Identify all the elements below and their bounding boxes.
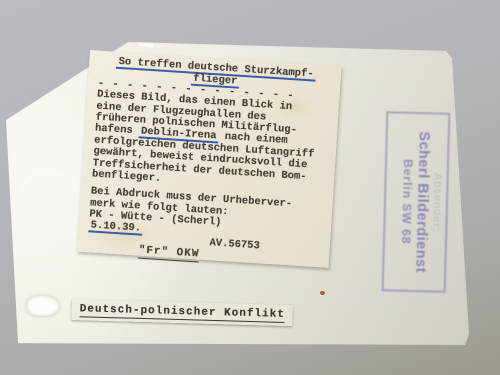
photo-back-scene: So treffen deutsche Sturzkampf- flieger … bbox=[0, 0, 500, 375]
glue-remnant bbox=[208, 35, 220, 42]
rust-speck bbox=[320, 291, 325, 295]
caption-sheet: So treffen deutsche Sturzkampf- flieger … bbox=[77, 50, 342, 268]
date-stamp: 5.10.39. bbox=[88, 221, 143, 236]
paper-scuff-damage bbox=[27, 296, 59, 316]
glue-remnant bbox=[138, 39, 155, 48]
subject-label-text: Deutsch-polnischer Konflikt bbox=[79, 303, 285, 323]
scherl-agency-stamp: Absender: Scherl Bilderdienst Berlin SW … bbox=[382, 111, 451, 293]
